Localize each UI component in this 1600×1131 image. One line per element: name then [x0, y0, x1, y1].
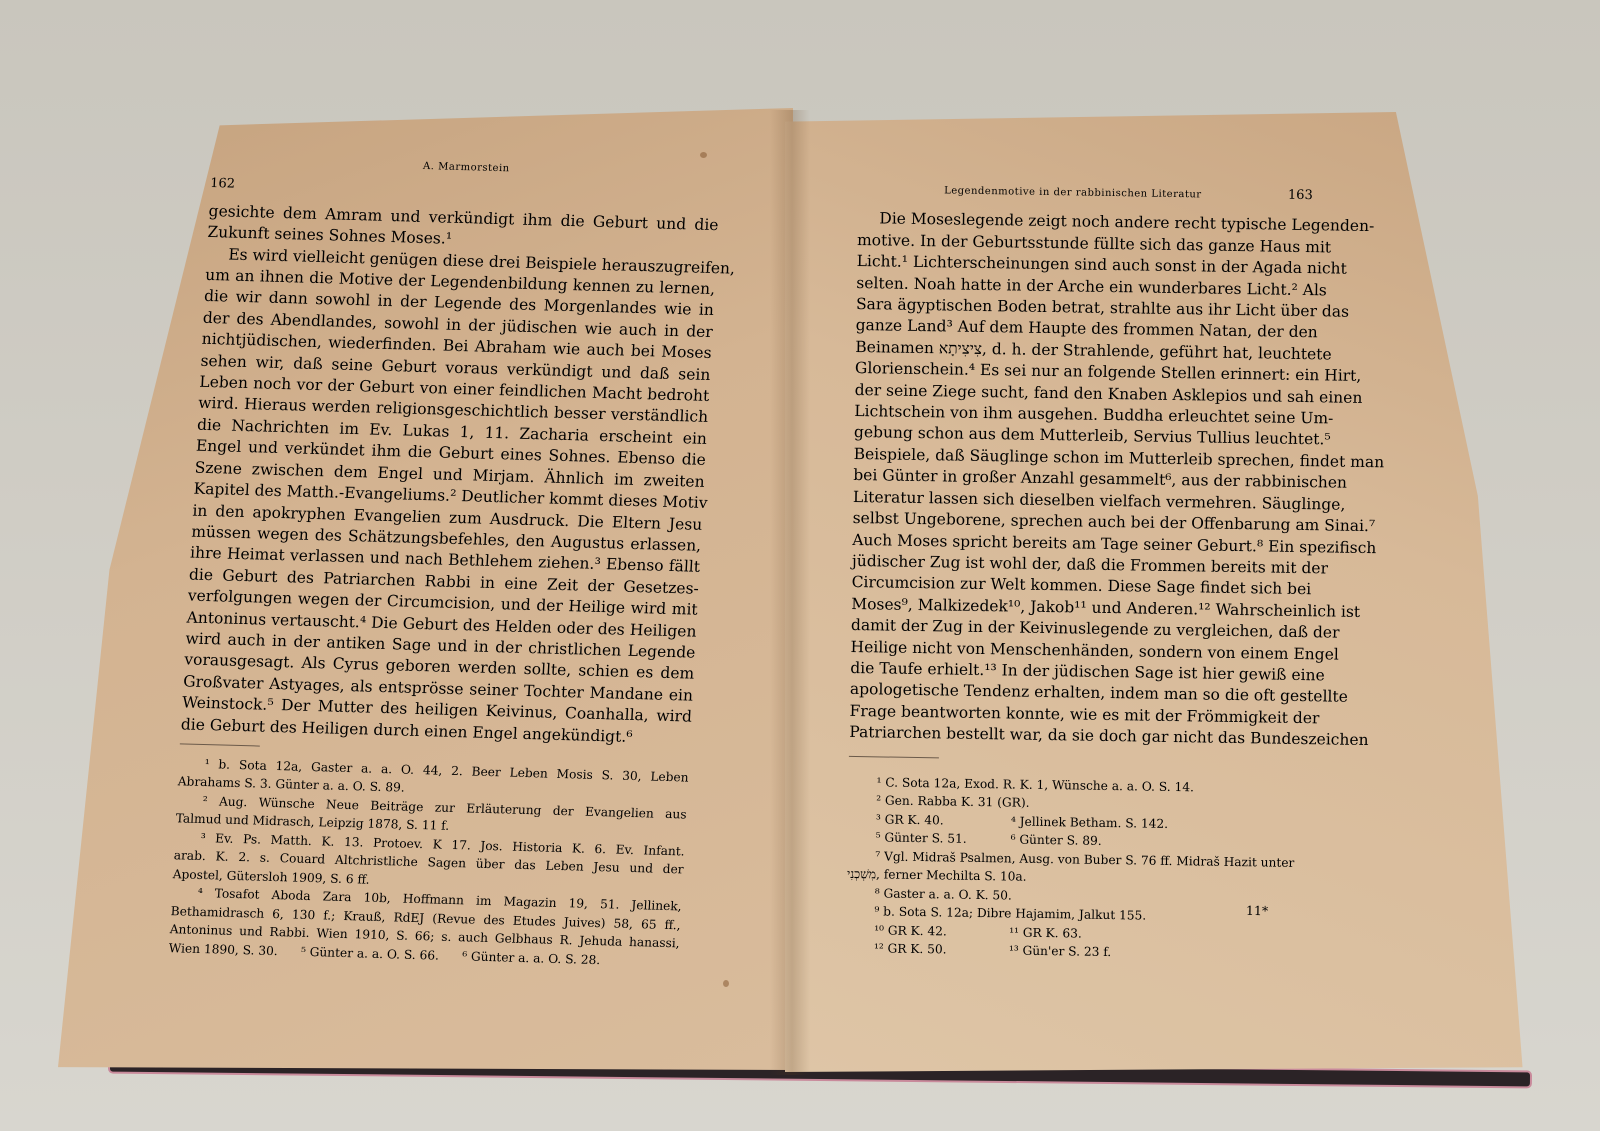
left-page-text: A. Marmorstein 162 gesichte dem Amram un… [168, 150, 722, 972]
footnote-line: ⁴ Jellinek Betham. S. 142. [1011, 812, 1168, 833]
body-text: gesichte dem Amram und verkündigt ihm di… [180, 201, 719, 750]
footnote-line: ⁵ Günter S. 51. [875, 828, 1010, 849]
body-text: Die Moseslegende zeigt noch andere recht… [849, 208, 1312, 750]
footnotes: ¹ b. Sota 12a, Gaster a. a. O. 44, 2. Be… [168, 754, 689, 972]
footnote-line: ¹³ Gün'er S. 23 f. [1009, 942, 1112, 962]
paper-stain [723, 980, 729, 987]
footnote-rule [180, 743, 260, 746]
right-page-text: Legendenmotive in der rabbinischen Liter… [846, 178, 1313, 965]
footnote-line: ¹² GR K. 50. [874, 939, 1009, 960]
footnote-line: ¹⁰ GR K. 42. [874, 921, 1009, 942]
running-head-title: Legendenmotive in der rabbinischen Liter… [858, 179, 1288, 207]
footnote-rule [849, 755, 939, 757]
footnote-line: ⁶ Günter S. 89. [1010, 831, 1101, 851]
page-number: 162 [210, 173, 236, 195]
paper-stain [700, 152, 707, 158]
signature-mark: 11* [1246, 903, 1268, 918]
footnote-line: ³ GR K. 40. [876, 810, 1011, 831]
page-number: 163 [1288, 185, 1313, 207]
footnote-line: ¹¹ GR K. 63. [1009, 923, 1082, 943]
footnotes: ¹ C. Sota 12a, Exod. R. K. 1, Wünsche a.… [846, 772, 1304, 964]
